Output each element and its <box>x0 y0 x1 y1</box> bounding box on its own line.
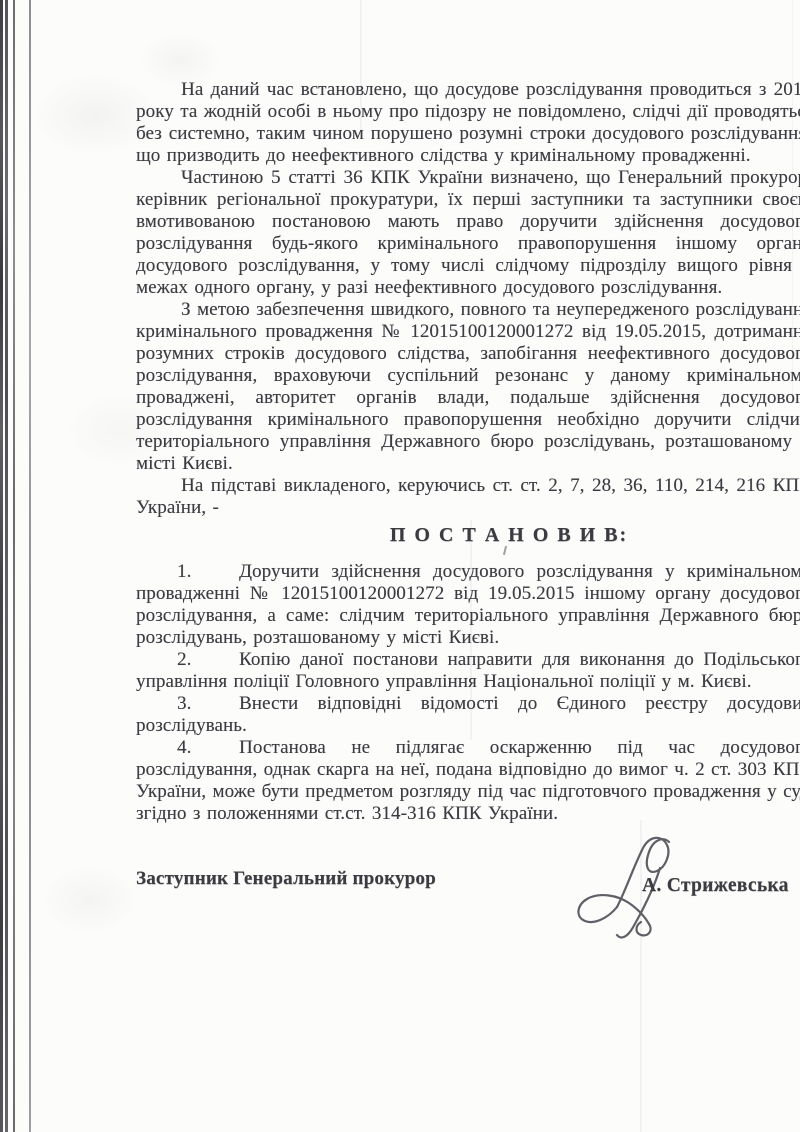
resolution-heading: П О С Т А Н О В И В: <box>136 522 800 548</box>
item-line: України, може бути предметом розгляду пі… <box>136 781 800 803</box>
paragraph-line: місті Києві. <box>136 453 800 475</box>
item-line: згідно з положеннями ст.ст. 314-316 КПК … <box>136 803 800 825</box>
item-line: 1.Доручити здійснення досудового розслід… <box>136 561 800 583</box>
paragraph-line: межах одного органу, у разі неефективног… <box>136 277 800 299</box>
scan-edge-line <box>5 0 8 1132</box>
item-number: 4. <box>177 737 239 759</box>
paragraph-line: проваджені, авторитет органів влади, под… <box>136 387 800 409</box>
item-number: 3. <box>177 693 239 715</box>
scanned-document-page: На даний час встановлено, що досудове ро… <box>0 0 800 1132</box>
paragraph-line: року та жодній особі в ньому про підозру… <box>136 101 800 123</box>
paragraph-line: без системно, таким чином порушено розум… <box>136 123 800 145</box>
item-line: розслідування, а саме: слідчим територіа… <box>136 605 800 627</box>
paragraph-line: На даний час встановлено, що досудове ро… <box>136 79 800 101</box>
paragraph-line: керівник регіональної прокуратури, їх пе… <box>136 189 800 211</box>
paragraph-line: України, - <box>136 497 800 519</box>
item-line: 2.Копію даної постанови направити для ви… <box>136 649 800 671</box>
item-line: 3.Внести відповідні відомості до Єдиного… <box>136 693 800 715</box>
item-line: розслідування, однак скарга на неї, пода… <box>136 759 800 781</box>
paragraph-line: розумних строків досудового слідства, за… <box>136 343 800 365</box>
scan-edge-line <box>29 0 31 1132</box>
paragraph-line: розслідування, враховуючи суспільний рез… <box>136 365 800 387</box>
item-line: управління поліції Головного управління … <box>136 671 800 693</box>
signature-block: Заступник Генеральний прокурор А. Стриже… <box>136 866 800 986</box>
scan-edge-line <box>0 0 3 1132</box>
scan-edge-line <box>13 0 15 1132</box>
item-number: 2. <box>177 649 239 671</box>
item-line: 4.Постанова не підлягає оскарженню під ч… <box>136 737 800 759</box>
paragraph-line: вмотивованою постановою мають право дору… <box>136 211 800 233</box>
paragraph-line: що призводить до неефективного слідства … <box>136 145 800 167</box>
paragraph-line: розслідування будь-якого кримінального п… <box>136 233 800 255</box>
document-body: На даний час встановлено, що досудове ро… <box>136 79 800 825</box>
item-number: 1. <box>177 561 239 583</box>
paragraph-line: територіального управління Державного бю… <box>136 431 800 453</box>
item-line: розслідувань, розташованому у місті Києв… <box>136 627 800 649</box>
paragraph-line: Частиною 5 статті 36 КПК України визначе… <box>136 167 800 189</box>
paragraph-line: На підставі викладеного, керуючись ст. с… <box>136 475 800 497</box>
paragraph-line: досудового розслідування, у тому числі с… <box>136 255 800 277</box>
item-line: розслідувань. <box>136 715 800 737</box>
item-line: провадженні № 12015100120001272 від 19.0… <box>136 583 800 605</box>
signatory-name: А. Стрижевська <box>642 875 789 897</box>
paragraph-line: кримінального провадження № 120151001200… <box>136 321 800 343</box>
paragraph-line: розслідування кримінального правопорушен… <box>136 409 800 431</box>
paragraph-line: З метою забезпечення швидкого, повного т… <box>136 299 800 321</box>
signatory-title: Заступник Генеральний прокурор <box>136 868 436 890</box>
